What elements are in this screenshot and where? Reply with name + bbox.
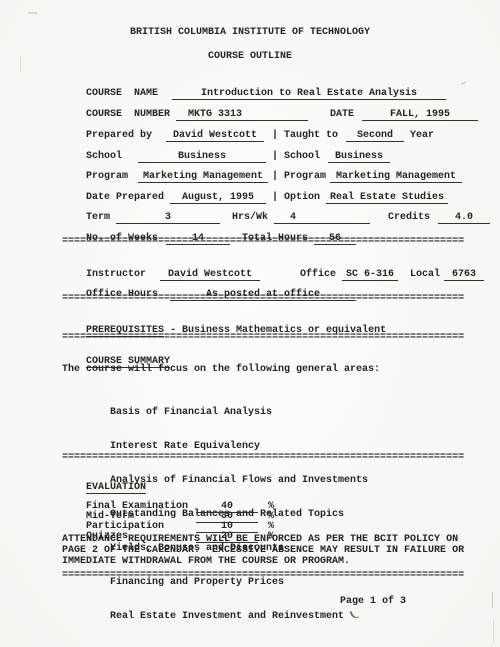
separator-line: ========================================… — [62, 453, 464, 463]
credits-value: 4.0 — [438, 212, 490, 224]
scan-artifact — [28, 12, 37, 14]
separator-line: ========================================… — [62, 294, 464, 304]
scan-artifact — [492, 592, 493, 608]
attendance-notice: ATTENDANCE REQUIREMENTS WILL BE ENFORCED… — [62, 534, 466, 567]
local-label: Local — [410, 269, 440, 280]
page-indicator: Page 1 of 3 — [340, 596, 406, 608]
topic-item: Basis of Financial Analysis — [110, 408, 368, 418]
topic-item: Real Estate Investment and Reinvestment — [110, 612, 368, 622]
local-value: 6763 — [444, 269, 484, 281]
scan-artifact — [461, 81, 466, 84]
credits-label: Credits — [388, 212, 430, 223]
document-title: COURSE OUTLINE — [0, 51, 500, 63]
scan-artifact — [493, 620, 494, 642]
course-outline-page: BRITISH COLUMBIA INSTITUTE OF TECHNOLOGY… — [0, 0, 500, 647]
separator-line: ========================================… — [62, 571, 464, 581]
separator-line: ========================================… — [62, 237, 464, 247]
taught-to-suffix: Year — [410, 130, 434, 141]
topic-item: Interest Rate Equivalency — [110, 442, 368, 452]
institution-title: BRITISH COLUMBIA INSTITUTE OF TECHNOLOGY — [0, 27, 500, 39]
separator-line: ========================================… — [62, 333, 464, 343]
course-summary-intro: The course will focus on the following g… — [62, 364, 380, 376]
topic-item: Analysis of Financial Flows and Investme… — [110, 476, 368, 486]
